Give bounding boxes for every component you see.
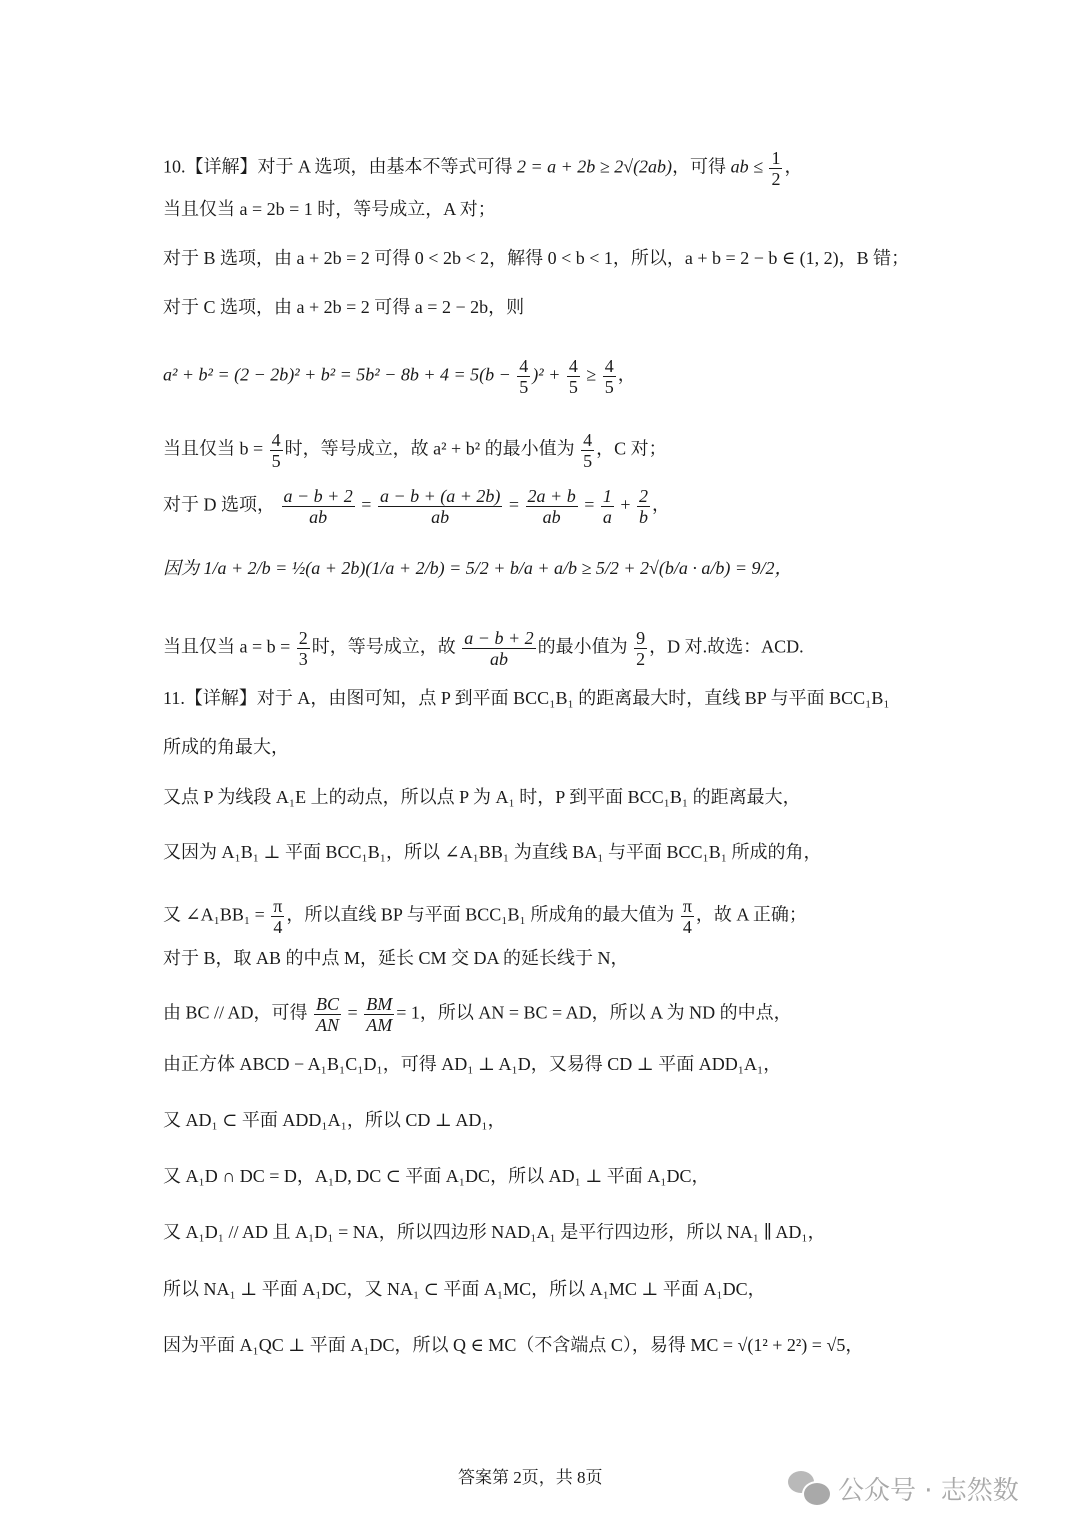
q10-line-6: 当且仅当 b = 45时，等号成立，故 a² + b² 的最小值为 45，C 对… — [163, 430, 667, 471]
fraction: 45 — [517, 356, 530, 397]
math-expr: a² + b² = (2 − 2b)² + b² = 5b² − 8b + 4 … — [163, 365, 511, 385]
text: ，故 A 正确； — [696, 905, 807, 925]
q10-line-9: 当且仅当 a = b = 23时，等号成立，故 a − b + 2ab的最小值为… — [163, 628, 804, 669]
fraction: BCAN — [314, 994, 341, 1035]
q11-line-6: 对于 B，取 AB 的中点 M，延长 CM 交 DA 的延长线于 N， — [163, 946, 629, 970]
text: 当且仅当 b = — [163, 439, 263, 459]
q10-line-3: 对于 B 选项，由 a + 2b = 2 可得 0 < 2b < 2，解得 0 … — [163, 246, 909, 270]
fraction: a − b + (a + 2b)ab — [378, 486, 502, 527]
q11-line-10: 又 A₁D ∩ DC = D，A₁D, DC ⊂ 平面 A₁DC，所以 AD₁ … — [163, 1164, 710, 1188]
watermark-text: 公众号 · 志然数 — [838, 1470, 1019, 1507]
text: 时，等号成立，故 — [312, 637, 456, 657]
q11-line-3: 又点 P 为线段 A₁E 上的动点，所以点 P 为 A₁ 时，P 到平面 BCC… — [163, 785, 801, 809]
text: ，D 对.故选：ACD. — [649, 637, 804, 657]
q11-line-12: 所以 NA₁ ⊥ 平面 A₁DC，又 NA₁ ⊂ 平面 A₁MC，所以 A₁MC… — [163, 1277, 766, 1301]
fraction: 23 — [297, 628, 310, 669]
fraction: 2b — [637, 486, 650, 527]
text: 的最小值为 — [538, 637, 628, 657]
q10-line-8: 因为 1/a + 2/b = ½(a + 2b)(1/a + 2/b) = 5/… — [163, 556, 793, 580]
fraction: 1a — [601, 486, 614, 527]
q11-line-13: 因为平面 A₁QC ⊥ 平面 A₁DC，所以 Q ∈ MC（不含端点 C），易得… — [163, 1333, 863, 1357]
q10-heading: 10.【详解】对于 A 选项，由基本不等式可得 — [163, 157, 517, 177]
q10-line-5: a² + b² = (2 − 2b)² + b² = 5b² − 8b + 4 … — [163, 356, 636, 397]
fraction: 45 — [603, 356, 616, 397]
text: ， — [652, 495, 670, 515]
fraction: BMAM — [364, 994, 394, 1035]
q11-line-1: 11.【详解】对于 A，由图可知，点 P 到平面 BCC₁B₁ 的距离最大时，直… — [163, 686, 890, 710]
text: 由 BC // AD，可得 — [163, 1003, 308, 1023]
text: 又 ∠A₁BB₁ = — [163, 905, 265, 925]
text: ， — [618, 365, 636, 385]
q10-line-1: 10.【详解】对于 A 选项，由基本不等式可得 2 = a + 2b ≥ 2√(… — [163, 148, 802, 189]
watermark: 公众号 · 志然数 — [788, 1470, 1019, 1507]
text: ，C 对； — [596, 439, 667, 459]
text: 时，等号成立，故 a² + b² 的最小值为 — [285, 439, 575, 459]
q11-line-7: 由 BC // AD，可得 BCAN = BMAM= 1，所以 AN = BC … — [163, 994, 792, 1035]
math-expr: )² + — [532, 365, 560, 385]
fraction: π4 — [681, 896, 694, 937]
q10-line-4: 对于 C 选项，由 a + 2b = 2 可得 a = 2 − 2b，则 — [163, 295, 524, 319]
fraction: 12 — [769, 148, 782, 189]
fraction: 45 — [581, 430, 594, 471]
fraction: a − b + 2ab — [462, 628, 535, 669]
q10-line-2: 当且仅当 a = 2b = 1 时，等号成立，A 对； — [163, 197, 496, 221]
math-expr: 2 = a + 2b ≥ 2√(2ab) — [517, 157, 672, 177]
text: ，可得 — [672, 157, 731, 177]
fraction: 2a + bab — [526, 486, 578, 527]
fraction: a − b + 2ab — [282, 486, 355, 527]
q11-line-9: 又 AD₁ ⊂ 平面 ADD₁A₁，所以 CD ⊥ AD₁， — [163, 1108, 506, 1132]
math-expr: ab ≤ — [731, 157, 763, 177]
fraction: 92 — [634, 628, 647, 669]
page-number: 答案第 2页，共 8页 — [458, 1463, 603, 1488]
q11-line-11: 又 A₁D₁ // AD 且 A₁D₁ = NA，所以四边形 NAD₁A₁ 是平… — [163, 1220, 826, 1244]
text: ，所以直线 BP 与平面 BCC₁B₁ 所成角的最大值为 — [286, 905, 674, 925]
fraction: π4 — [271, 896, 284, 937]
wechat-icon — [788, 1471, 830, 1507]
fraction: 45 — [567, 356, 580, 397]
q11-line-8: 由正方体 ABCD − A₁B₁C₁D₁，可得 AD₁ ⊥ A₁D，又易得 CD… — [163, 1052, 781, 1076]
text: ， — [784, 157, 802, 177]
q11-line-4: 又因为 A₁B₁ ⊥ 平面 BCC₁B₁，所以 ∠A₁BB₁ 为直线 BA₁ 与… — [163, 840, 822, 864]
q11-line-2: 所成的角最大， — [163, 735, 289, 759]
fraction: 45 — [270, 430, 283, 471]
text: 对于 D 选项， — [163, 495, 275, 515]
text: 当且仅当 a = b = — [163, 637, 290, 657]
text: = 1，所以 AN = BC = AD，所以 A 为 ND 的中点， — [396, 1003, 791, 1023]
q11-line-5: 又 ∠A₁BB₁ = π4，所以直线 BP 与平面 BCC₁B₁ 所成角的最大值… — [163, 896, 807, 937]
math-expr: ≥ — [582, 365, 596, 385]
q10-line-7: 对于 D 选项， a − b + 2ab = a − b + (a + 2b)a… — [163, 486, 670, 527]
